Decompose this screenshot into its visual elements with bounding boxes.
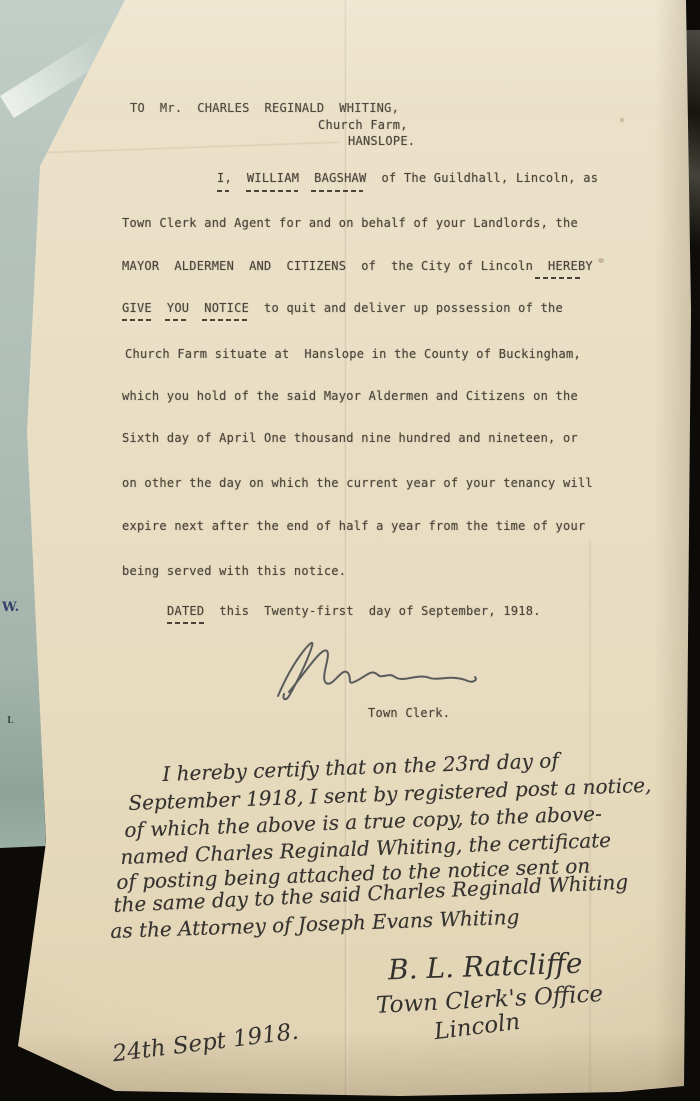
body-line: on other the day on which the current ye… <box>122 476 593 490</box>
blue-paper-letter-w: W. <box>2 600 19 615</box>
body-line: which you hold of the said Mayor Alderme… <box>122 389 578 403</box>
body-line: I, WILLIAM BAGSHAW of The Guildhall, Lin… <box>217 171 598 185</box>
typed-underline <box>167 622 205 624</box>
body-line: Town Clerk and Agent for and on behalf o… <box>122 216 578 230</box>
bagshaw-signature <box>272 630 482 715</box>
document-photo: W. L TO Mr. CHARLES REGINALD WHITING, Ch… <box>0 0 700 1101</box>
signature-caption: Town Clerk. <box>368 706 450 720</box>
ratcliffe-signature: B. L. Ratcliffe <box>387 947 582 987</box>
body-line: GIVE YOU NOTICE to quit and deliver up p… <box>122 301 563 315</box>
body-line: MAYOR ALDERMEN AND CITIZENS of the City … <box>122 259 593 273</box>
typed-underline <box>535 277 580 279</box>
address-line: Church Farm, <box>318 118 408 132</box>
blue-paper-letter-l: L <box>7 716 13 726</box>
typed-underline <box>165 319 188 321</box>
body-line: Church Farm situate at Hanslope in the C… <box>125 347 581 361</box>
typed-underline <box>217 190 229 192</box>
vertical-crease <box>344 0 349 1101</box>
body-line: being served with this notice. <box>122 564 346 578</box>
typed-underline <box>202 319 247 321</box>
paper-stain <box>620 118 624 122</box>
address-line: HANSLOPE. <box>348 134 415 148</box>
typed-underline <box>246 190 298 192</box>
notice-document-page: TO Mr. CHARLES REGINALD WHITING, Church … <box>0 0 700 1101</box>
horizontal-crease <box>40 141 340 154</box>
dated-line: DATED this Twenty-first day of September… <box>167 604 541 618</box>
body-line: expire next after the end of half a year… <box>122 519 585 533</box>
paper-stain <box>598 258 604 263</box>
bottom-date: 24th Sept 1918. <box>111 1019 300 1068</box>
paper-shading <box>0 0 700 1101</box>
body-line: Sixth day of April One thousand nine hun… <box>122 431 578 445</box>
typed-underline <box>122 319 151 321</box>
typed-underline <box>311 190 363 192</box>
address-recipient: TO Mr. CHARLES REGINALD WHITING, <box>130 101 399 115</box>
